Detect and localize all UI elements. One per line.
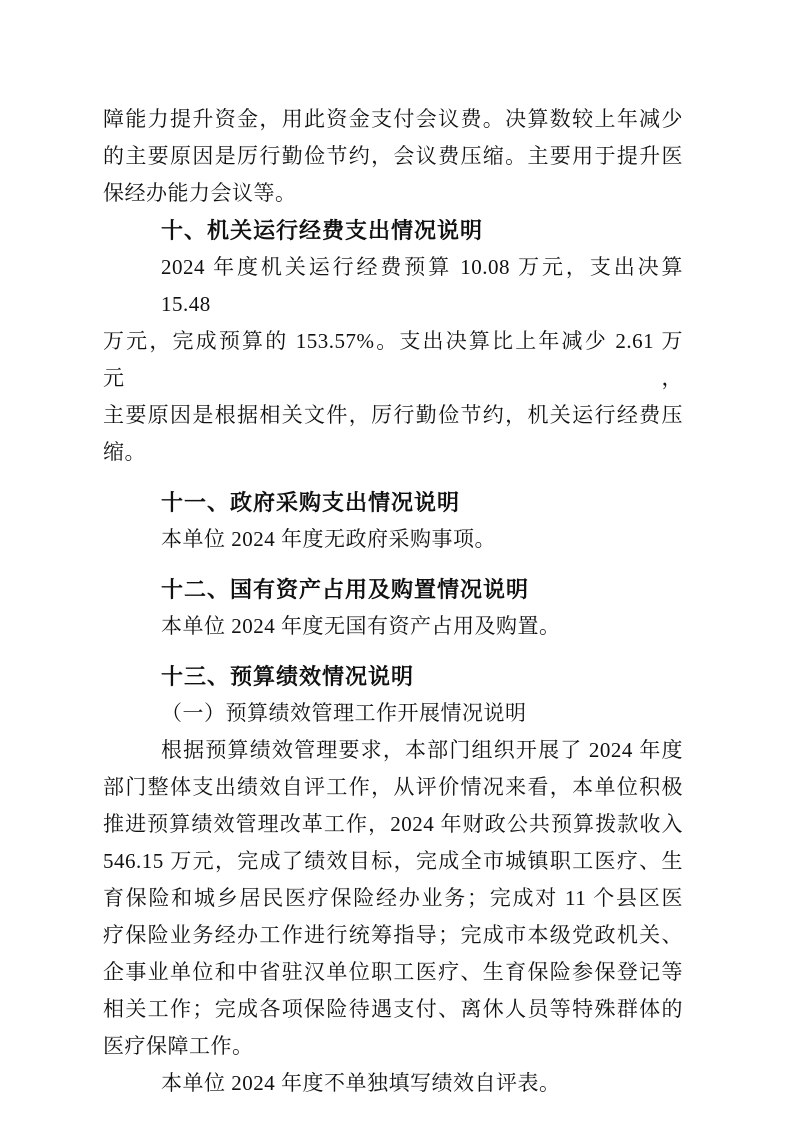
paragraph-section-eleven: 本单位 2024 年度无政府采购事项。 [103, 521, 683, 558]
paragraph-performance-detail-line-2: 部门整体支出绩效自评工作，从评价情况来看，本单位积极 [103, 769, 683, 806]
paragraph-performance-detail-line-6: 疗保险业务经办工作进行统筹指导；完成市本级党政机关、 [103, 917, 683, 954]
subheading-performance-management-line-1: （一）预算绩效管理工作开展情况说明 [103, 695, 683, 732]
document-content: 障能力提升资金，用此资金支付会议费。决算数较上年减少的主要原因是厉行勤俭节约，会… [103, 101, 683, 1102]
paragraph-performance-detail-line-8: 相关工作；完成各项保险待遇支付、离休人员等特殊群体的 [103, 991, 683, 1028]
paragraph-section-ten-line-2: 万元，完成预算的 153.57%。支出决算比上年减少 2.61 万元， [103, 323, 683, 397]
heading-section-twelve-line-1: 十二、国有资产占用及购置情况说明 [103, 571, 683, 608]
paragraph-carryover-line-1: 障能力提升资金，用此资金支付会议费。决算数较上年减少 [103, 101, 683, 138]
paragraph-section-ten-line-4: 缩。 [103, 434, 683, 471]
heading-section-eleven: 十一、政府采购支出情况说明 [103, 484, 683, 521]
heading-section-thirteen-line-1: 十三、预算绩效情况说明 [103, 658, 683, 695]
heading-section-thirteen: 十三、预算绩效情况说明 [103, 658, 683, 695]
paragraph-performance-detail-line-3: 推进预算绩效管理改革工作，2024 年财政公共预算拨款收入 [103, 806, 683, 843]
paragraph-performance-detail-line-7: 企事业单位和中省驻汉单位职工医疗、生育保险参保登记等 [103, 954, 683, 991]
paragraph-self-evaluation-note-line-1: 本单位 2024 年度不单独填写绩效自评表。 [103, 1065, 683, 1102]
document-page: 障能力提升资金，用此资金支付会议费。决算数较上年减少的主要原因是厉行勤俭节约，会… [0, 0, 793, 1122]
paragraph-performance-detail-line-5: 育保险和城乡居民医疗保险经办业务；完成对 11 个县区医 [103, 880, 683, 917]
paragraph-section-ten-line-1: 2024 年度机关运行经费预算 10.08 万元，支出决算 15.48 [103, 249, 683, 323]
paragraph-carryover-line-2: 的主要原因是厉行勤俭节约，会议费压缩。主要用于提升医 [103, 138, 683, 175]
paragraph-carryover-line-3: 保经办能力会议等。 [103, 175, 683, 212]
paragraph-performance-detail-line-4: 546.15 万元，完成了绩效目标，完成全市城镇职工医疗、生 [103, 843, 683, 880]
paragraph-section-eleven-line-1: 本单位 2024 年度无政府采购事项。 [103, 521, 683, 558]
paragraph-section-ten: 2024 年度机关运行经费预算 10.08 万元，支出决算 15.48万元，完成… [103, 249, 683, 471]
heading-section-ten: 十、机关运行经费支出情况说明 [103, 212, 683, 249]
paragraph-section-ten-line-3: 主要原因是根据相关文件，厉行勤俭节约，机关运行经费压 [103, 397, 683, 434]
paragraph-performance-detail-line-1: 根据预算绩效管理要求，本部门组织开展了 2024 年度 [103, 732, 683, 769]
subheading-performance-management: （一）预算绩效管理工作开展情况说明 [103, 695, 683, 732]
paragraph-section-twelve: 本单位 2024 年度无国有资产占用及购置。 [103, 608, 683, 645]
heading-section-twelve: 十二、国有资产占用及购置情况说明 [103, 571, 683, 608]
paragraph-carryover: 障能力提升资金，用此资金支付会议费。决算数较上年减少的主要原因是厉行勤俭节约，会… [103, 101, 683, 212]
paragraph-performance-detail: 根据预算绩效管理要求，本部门组织开展了 2024 年度部门整体支出绩效自评工作，… [103, 732, 683, 1065]
paragraph-performance-detail-line-9: 医疗保障工作。 [103, 1028, 683, 1065]
heading-section-eleven-line-1: 十一、政府采购支出情况说明 [103, 484, 683, 521]
paragraph-section-twelve-line-1: 本单位 2024 年度无国有资产占用及购置。 [103, 608, 683, 645]
paragraph-self-evaluation-note: 本单位 2024 年度不单独填写绩效自评表。 [103, 1065, 683, 1102]
heading-section-ten-line-1: 十、机关运行经费支出情况说明 [103, 212, 683, 249]
